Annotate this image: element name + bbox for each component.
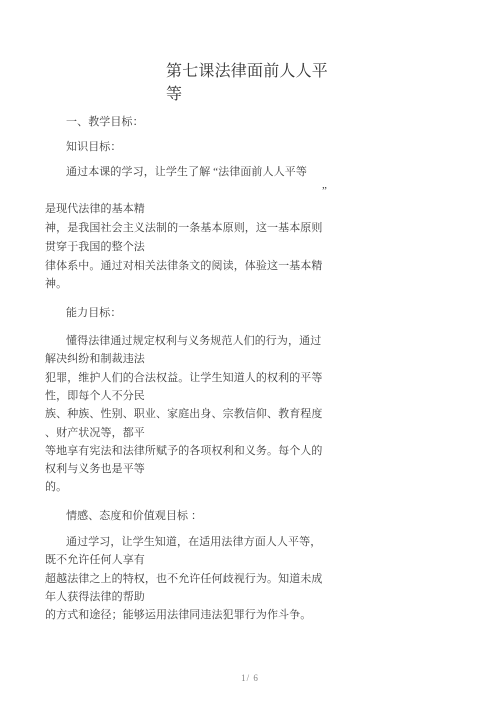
text-line: 权利与义务也是平等 — [45, 463, 145, 477]
text-line: ” — [322, 185, 327, 199]
text-line: 的方式和途径；能够运用法律同违法犯罪行为作斗争。 — [45, 609, 311, 623]
text-line: 神。 — [45, 278, 67, 292]
text-line: 是现代法律的基本精 — [45, 203, 145, 217]
text-line: 的。 — [45, 481, 67, 495]
page-number: 1/ 6 — [0, 673, 500, 683]
text-line: 解决纠纷和制裁违法 — [45, 353, 145, 367]
text-line: 神，是我国社会主义法制的一条基本原则，这一基本原则 — [45, 222, 323, 236]
text-line: 性，即每个人不分民 — [45, 390, 145, 404]
text-line: 等地享有宪法和法律所赋予的各项权利和义务。每个人的 — [45, 445, 323, 459]
text-line: 律体系中。通过对相关法律条文的阅读，体验这一基本精 — [45, 260, 323, 274]
text-line: 通过学习，让学生知道，在适用法律方面人人平等， — [66, 536, 321, 550]
text-line: 懂得法律通过规定权利与义务规范人们的行为，通过 — [66, 335, 321, 349]
text-line: 、财产状况等，都平 — [45, 427, 145, 441]
text-line: 情感、态度和价值观目标 ： — [66, 510, 202, 524]
text-line: 既不允许任何人享有 — [45, 554, 145, 568]
document-title-line: 第七课法律面前人人平 — [166, 62, 328, 82]
text-line: 年人获得法律的帮助 — [45, 591, 145, 605]
text-line: 通过本课的学习，让学生了解 “法律面前人人平等 — [66, 166, 307, 180]
text-line: 犯罪，维护人们的合法权益。让学生知道人的权利的平等 — [45, 372, 323, 386]
text-line: 知识目标： — [66, 141, 122, 155]
text-line: 超越法律之上的特权，也不允许任何歧视行为。知道未成 — [45, 573, 323, 587]
text-line: 能力目标： — [66, 307, 122, 321]
document-title-line: 等 — [166, 85, 182, 105]
text-line: 族、种族、性别、职业、家庭出身、宗教信仰、教育程度 — [45, 408, 323, 422]
text-line: 贯穿于我国的整个法 — [45, 241, 145, 255]
text-line: 一、教学目标： — [66, 116, 144, 130]
document-page: 第七课法律面前人人平等一、教学目标：知识目标：通过本课的学习，让学生了解 “法律… — [0, 0, 500, 708]
